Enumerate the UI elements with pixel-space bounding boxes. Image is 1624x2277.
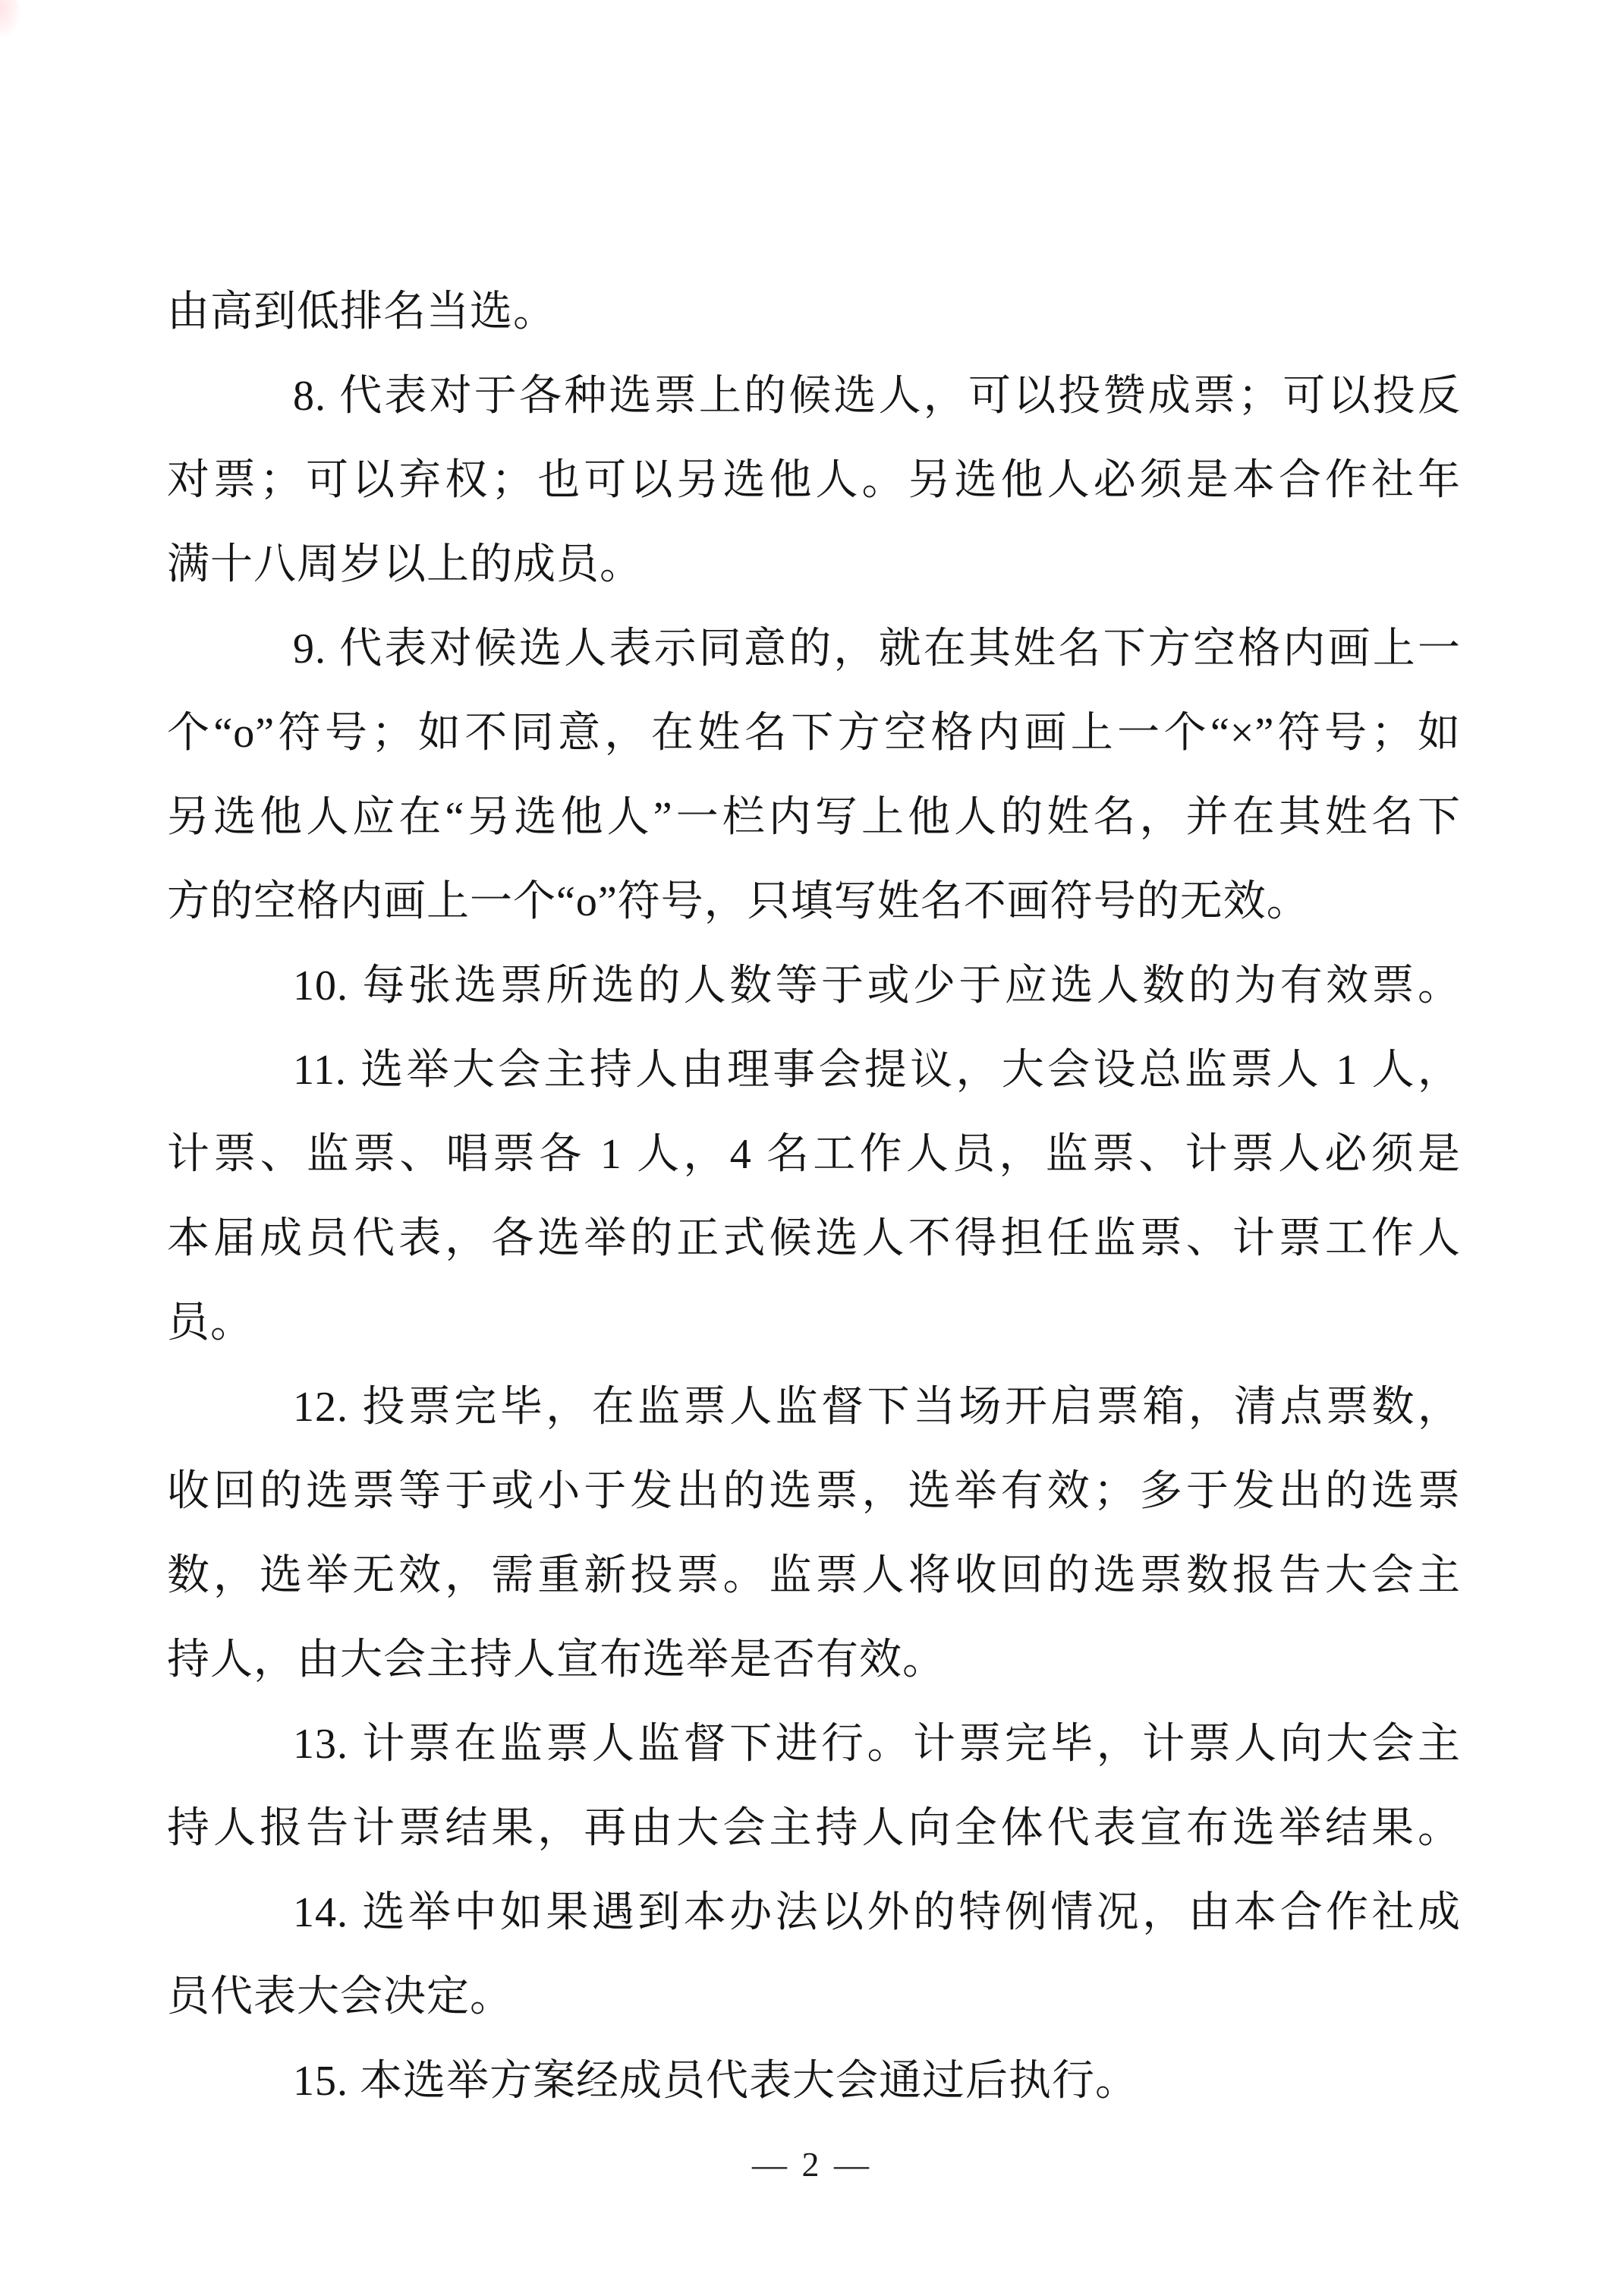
doc-line-4: 满十八周岁以上的成员。 [167,523,1461,607]
doc-line-2: 8. 代表对于各种选票上的候选人，可以投赞成票；可以投反 [167,354,1461,439]
scan-artifact-mark [0,0,21,38]
doc-line-10: 11. 选举大会主持人由理事会提议，大会设总监票人 1 人， [167,1028,1461,1113]
doc-line-5: 9. 代表对候选人表示同意的，就在其姓名下方空格内画上一 [167,607,1461,691]
doc-line-13: 员。 [167,1281,1461,1365]
doc-line-11: 计票、监票、唱票各 1 人，4 名工作人员，监票、计票人必须是 [167,1113,1461,1197]
doc-line-7: 另选他人应在“另选他人”一栏内写上他人的姓名，并在其姓名下 [167,776,1461,860]
doc-line-8: 方的空格内画上一个“o”符号，只填写姓名不画符号的无效。 [167,860,1461,944]
doc-line-16: 数，选举无效，需重新投票。监票人将收回的选票数报告大会主 [167,1534,1461,1618]
doc-line-1: 由高到低排名当选。 [167,270,1461,354]
doc-line-19: 持人报告计票结果，再由大会主持人向全体代表宣布选举结果。 [167,1787,1461,1871]
doc-line-17: 持人，由大会主持人宣布选举是否有效。 [167,1618,1461,1702]
doc-line-18: 13. 计票在监票人监督下进行。计票完毕，计票人向大会主 [167,1702,1461,1787]
doc-line-9: 10. 每张选票所选的人数等于或少于应选人数的为有效票。 [167,944,1461,1028]
document-page: 由高到低排名当选。 8. 代表对于各种选票上的候选人，可以投赞成票；可以投反 对… [0,0,1624,2277]
doc-line-21: 员代表大会决定。 [167,1955,1461,2039]
page-number: — 2 — [752,2145,872,2184]
doc-line-6: 个“o”符号；如不同意，在姓名下方空格内画上一个“×”符号；如 [167,691,1461,776]
doc-line-12: 本届成员代表，各选举的正式候选人不得担任监票、计票工作人 [167,1197,1461,1281]
doc-line-14: 12. 投票完毕，在监票人监督下当场开启票箱，清点票数， [167,1365,1461,1450]
doc-line-3: 对票；可以弃权；也可以另选他人。另选他人必须是本合作社年 [167,439,1461,523]
doc-line-15: 收回的选票等于或小于发出的选票，选举有效；多于发出的选票 [167,1450,1461,1534]
doc-line-22: 15. 本选举方案经成员代表大会通过后执行。 [167,2039,1461,2124]
doc-line-20: 14. 选举中如果遇到本办法以外的特例情况，由本合作社成 [167,1871,1461,1955]
document-body: 由高到低排名当选。 8. 代表对于各种选票上的候选人，可以投赞成票；可以投反 对… [167,270,1461,2124]
page-footer: — 2 — [0,2142,1624,2187]
